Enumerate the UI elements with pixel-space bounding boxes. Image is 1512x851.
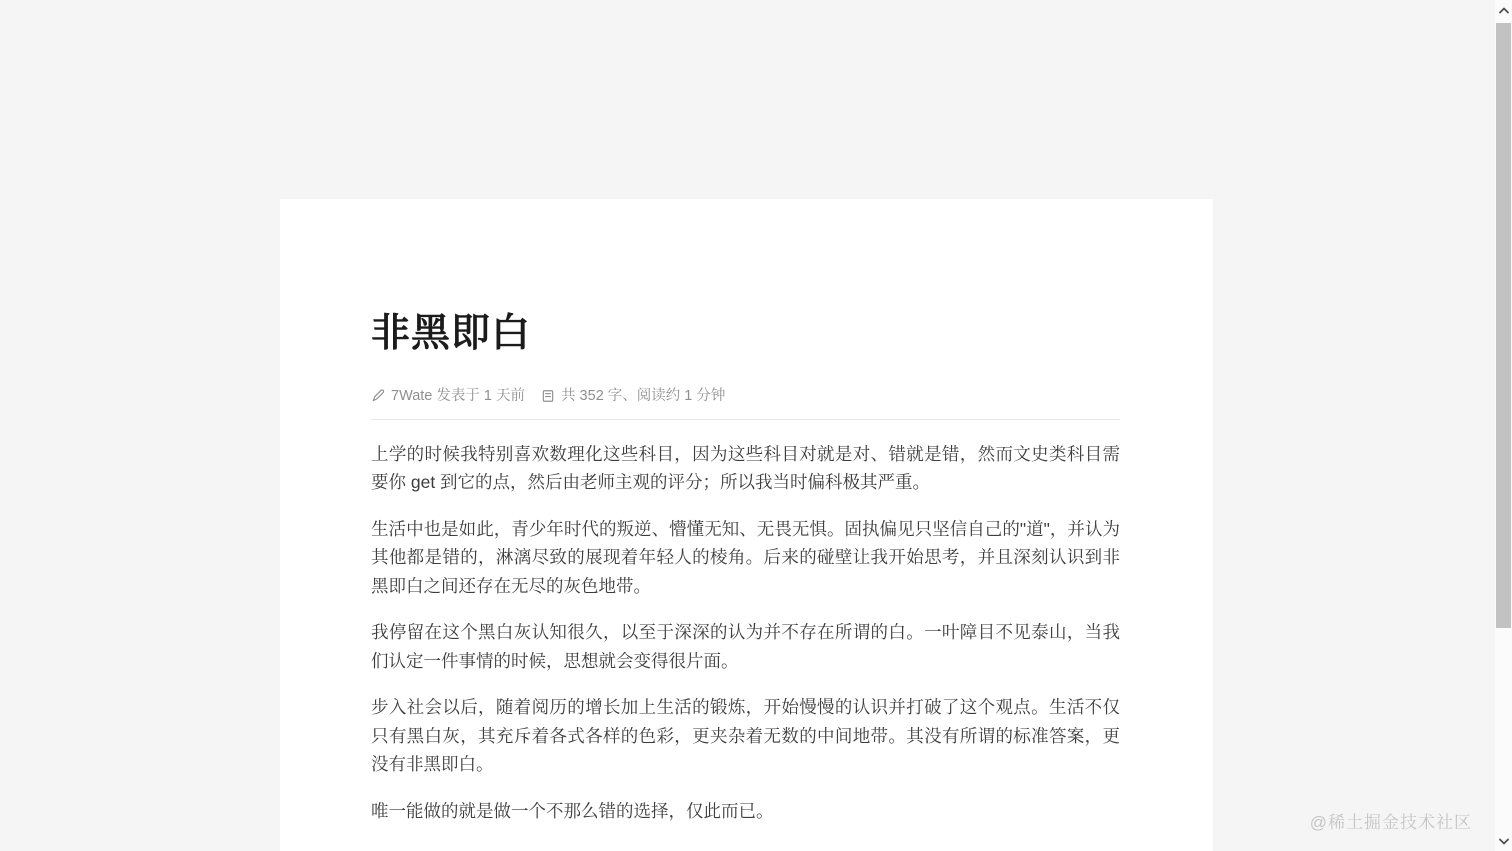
article-body: 上学的时候我特别喜欢数理化这些科目，因为这些科目对就是对、错就是错，然而文史类科… xyxy=(371,440,1120,826)
paragraph: 上学的时候我特别喜欢数理化这些科目，因为这些科目对就是对、错就是错，然而文史类科… xyxy=(371,440,1120,497)
pen-icon xyxy=(371,389,385,403)
paragraph: 我停留在这个黑白灰认知很久，以至于深深的认为并不存在所谓的白。一叶障目不见泰山，… xyxy=(371,618,1120,675)
meta-stats: 共 352 字、阅读约 1 分钟 xyxy=(541,386,725,406)
scroll-up-arrow[interactable] xyxy=(1495,0,1512,20)
paragraph: 生活中也是如此，青少年时代的叛逆、懵懂无知、无畏无惧。固执偏见只坚信自己的"道"… xyxy=(371,515,1120,601)
paragraph: 唯一能做的就是做一个不那么错的选择，仅此而已。 xyxy=(371,797,1120,826)
paragraph: 步入社会以后，随着阅历的增长加上生活的锻炼，开始慢慢的认识并打破了这个观点。生活… xyxy=(371,693,1120,779)
meta-stats-text: 共 352 字、阅读约 1 分钟 xyxy=(561,386,725,406)
scroll-down-arrow[interactable] xyxy=(1495,831,1512,851)
meta-author: 7Wate 发表于 1 天前 xyxy=(371,386,525,406)
scrollbar[interactable] xyxy=(1495,0,1512,851)
scrollbar-thumb[interactable] xyxy=(1496,23,1511,628)
book-icon xyxy=(541,389,555,403)
article-title: 非黑即白 xyxy=(371,313,1120,356)
article-meta: 7Wate 发表于 1 天前 共 352 字、阅读约 1 分钟 xyxy=(371,386,1120,420)
article-card: 非黑即白 7Wate 发表于 1 天前 共 352 字、阅读约 1 分钟 上学的… xyxy=(280,199,1213,851)
watermark: @稀土掘金技术社区 xyxy=(1310,808,1472,833)
meta-author-text: 7Wate 发表于 1 天前 xyxy=(391,386,525,406)
